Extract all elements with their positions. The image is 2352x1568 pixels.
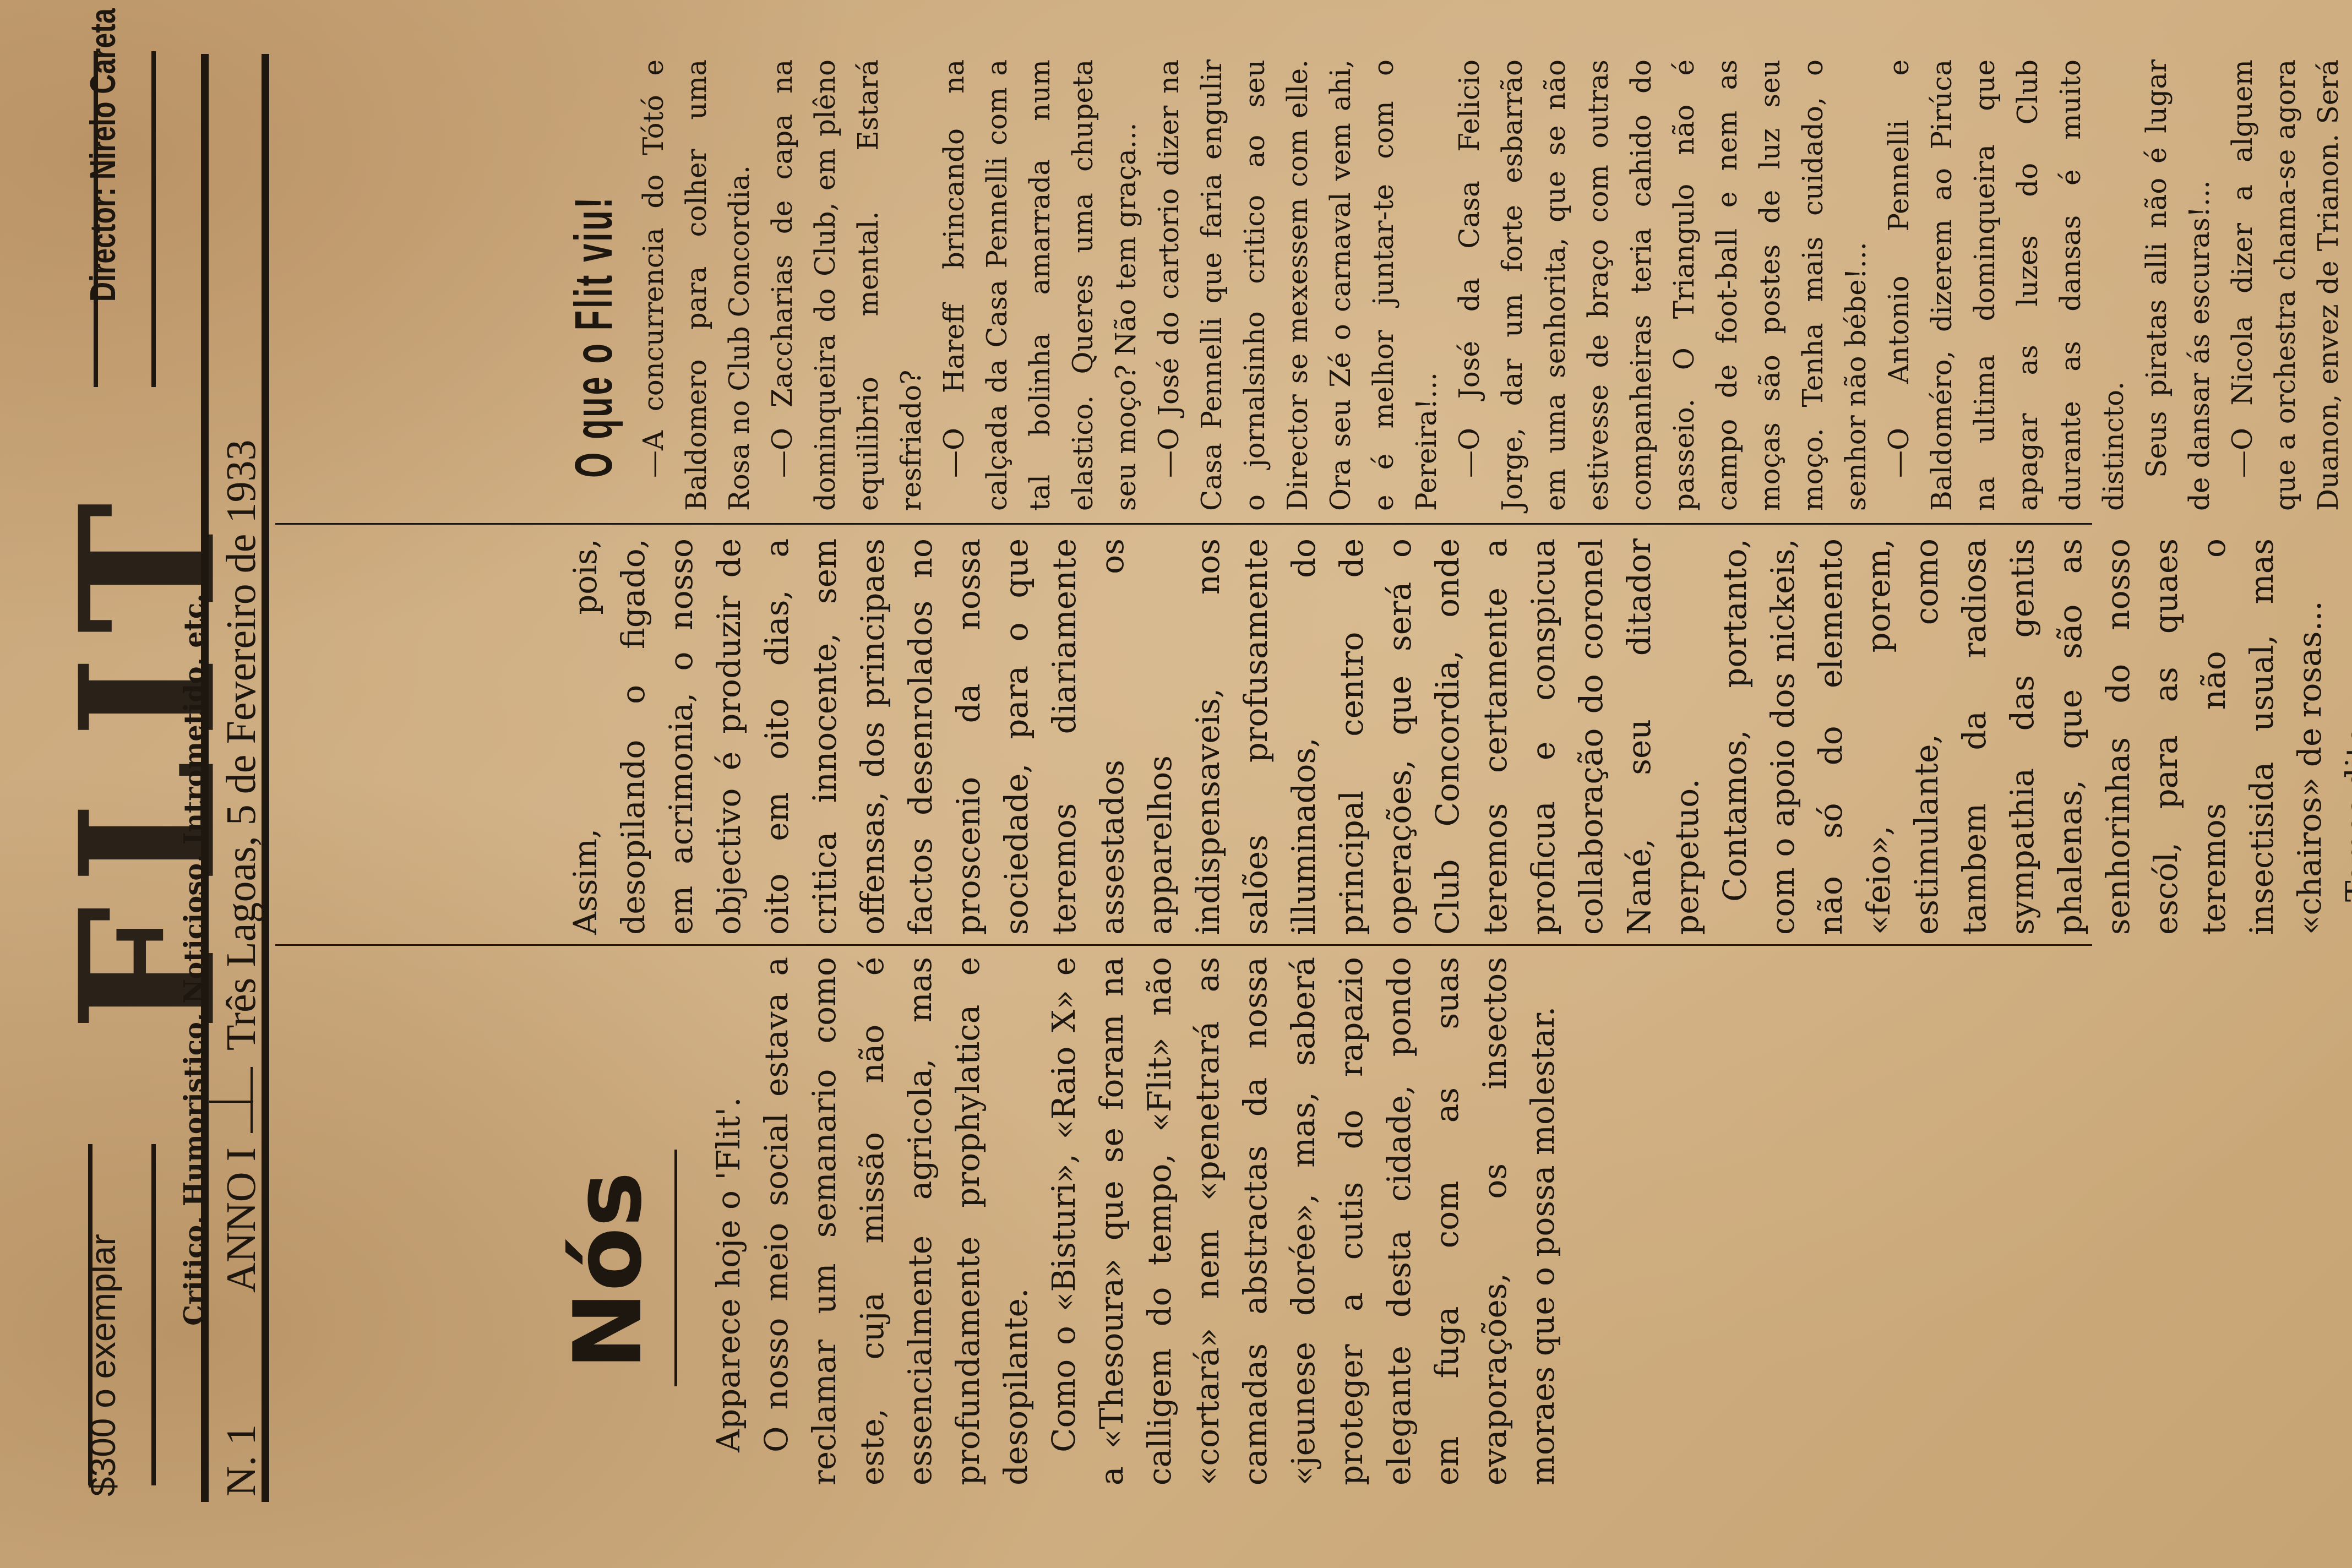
gossip-item: —O Zaccharias de capa na dominqueira do …	[761, 59, 933, 511]
editorial-paragraph: Apparece hoje o 'Flit'.	[705, 957, 753, 1485]
newspaper-page: $300 o exemplar Director: Nirelo Careta …	[0, 0, 2352, 1568]
editorial-paragraph: Como o «Bisturi», «Raio X» e a «Thesoura…	[1040, 957, 1567, 1485]
dateline-divider-base	[251, 1067, 253, 1133]
dateline-rule-top	[201, 54, 209, 1502]
editorial-paragraph: O nosso meio social estava a reclamar um…	[753, 957, 1040, 1485]
headline-underline	[674, 1150, 677, 1386]
editorial-column-1: Apparece hoje o 'Flit'. O nosso meio soc…	[705, 957, 1567, 1485]
editorial-paragraph: Contamos, portanto, com o apoio dos nick…	[1711, 538, 2334, 935]
gossip-column: O que o Flit viu! —A concurrencia do Tót…	[562, 59, 2352, 511]
gossip-item: —A concurrencia do Tótó e Baldomero para…	[632, 59, 761, 511]
gossip-item: —O Hareff brincando na calçada da Casa P…	[933, 59, 1147, 511]
gossip-item: —O José da Casa Felicio Jorge, dar um fo…	[1448, 59, 1877, 511]
gossip-section-title: O que o Flit viu!	[573, 219, 616, 478]
editorial-headline: Nós	[562, 1172, 655, 1370]
director-label: Director: Nirelo Careta	[83, 8, 123, 302]
issue-number: N. 1	[217, 1424, 265, 1496]
gossip-item: —O Nicola dizer a alguem que a orchestra…	[2221, 59, 2352, 511]
masthead-logo: FLIT	[56, 439, 241, 1072]
dateline-rule-bottom	[262, 54, 269, 1502]
gossip-item: Seus piratas alli não é lugar de dansar …	[2135, 59, 2221, 511]
editorial-paragraph: Assim, pois, desopilando o figado, em ac…	[562, 538, 1711, 935]
gossip-item: —O José do cartorio dizer na Casa Pennel…	[1147, 59, 1448, 511]
issue-year: ANNO I	[217, 1147, 265, 1293]
column-divider-1	[275, 944, 2092, 946]
editorial-column-2: Assim, pois, desopilando o figado, em ac…	[562, 538, 2352, 935]
dateline-divider	[209, 1101, 253, 1103]
place-date: Três Lagoas, 5 de Fevereiro de 1933	[217, 440, 265, 1051]
masthead-rule-top-left	[88, 1144, 92, 1485]
masthead-rule-top-right	[94, 51, 98, 387]
masthead-rule-bottom-left	[151, 1144, 156, 1485]
gossip-item: —O Antonio Pennelli e Baldoméro, dizerem…	[1877, 59, 2135, 511]
editorial-paragraph: Temos dito.	[2334, 538, 2352, 935]
masthead-rule-bottom-right	[151, 51, 156, 387]
column-divider-2	[275, 523, 2092, 525]
